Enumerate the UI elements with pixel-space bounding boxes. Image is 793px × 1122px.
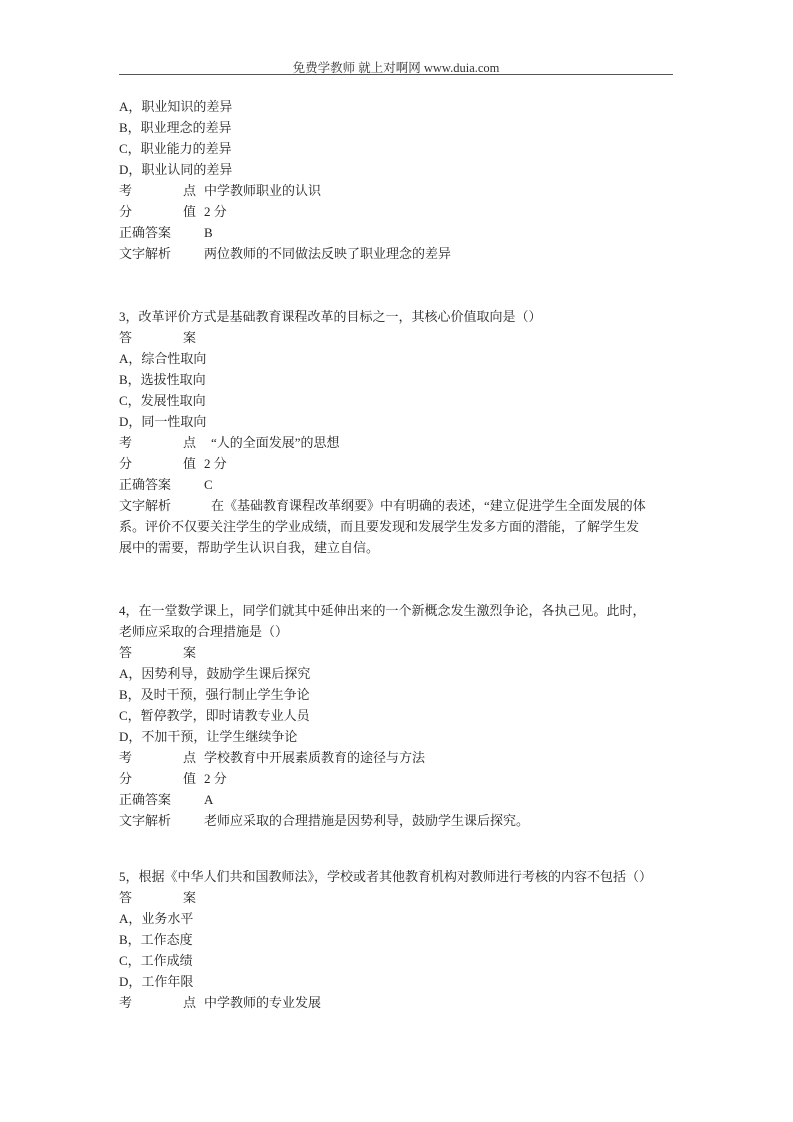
label-answer-1: 答 — [119, 642, 183, 663]
label-correct: 正确答案 — [119, 789, 204, 810]
q5-answer-label-row: 答案 — [119, 887, 196, 908]
q3-analysis-line2: 系。评价不仅要关注学生的学业成绩，而且要发现和发展学生发多方面的潜能，了解学生发 — [119, 516, 639, 537]
q5-question: 5，根据《中华人们共和国教师法》，学校或者其他教育机构对教师进行考核的内容不包括… — [119, 866, 652, 887]
label-score-1: 分 — [119, 201, 183, 222]
q4-question-line2: 老师应采取的合理措施是（） — [119, 621, 288, 642]
q3-correct: C — [204, 474, 213, 495]
q5-option-a: A，业务水平 — [119, 908, 193, 929]
header-divider — [119, 74, 673, 75]
label-point-1: 考 — [119, 432, 183, 453]
label-point-1: 考 — [119, 992, 183, 1013]
label-point-2: 点 — [183, 432, 211, 453]
q2-score-row: 分值2 分 — [119, 201, 227, 222]
q4-option-d: D，不加干预，让学生继续争论 — [119, 726, 297, 747]
label-answer-2: 案 — [183, 645, 196, 660]
label-score-1: 分 — [119, 453, 183, 474]
label-answer-1: 答 — [119, 887, 183, 908]
q3-option-a: A，综合性取向 — [119, 348, 206, 369]
q3-correct-row: 正确答案C — [119, 474, 213, 495]
q2-option-b: B，职业理念的差异 — [119, 117, 232, 138]
q3-point-row: 考点“人的全面发展”的思想 — [119, 432, 340, 453]
label-point-2: 点 — [183, 747, 204, 768]
q5-option-c: C，工作成绩 — [119, 950, 193, 971]
label-analysis: 文字解析 — [119, 810, 204, 831]
q2-score: 2 分 — [204, 201, 227, 222]
label-answer-2: 案 — [183, 330, 196, 345]
q4-point-row: 考点学校教育中开展素质教育的途径与方法 — [119, 747, 425, 768]
q2-point-row: 考点中学教师职业的认识 — [119, 180, 321, 201]
label-score-1: 分 — [119, 768, 183, 789]
q3-answer-label-row: 答案 — [119, 327, 196, 348]
q5-option-d: D，工作年限 — [119, 971, 193, 992]
label-point-2: 点 — [183, 992, 204, 1013]
q2-option-c: C，职业能力的差异 — [119, 138, 232, 159]
q5-option-b: B，工作态度 — [119, 929, 193, 950]
q4-correct: A — [204, 789, 213, 810]
label-point-2: 点 — [183, 180, 204, 201]
q3-option-c: C，发展性取向 — [119, 390, 206, 411]
q3-analysis-row: 文字解析在《基础教育课程改革纲要》中有明确的表述，“建立促进学生全面发展的体 — [119, 495, 646, 516]
q2-option-d: D，职业认同的差异 — [119, 159, 232, 180]
label-analysis: 文字解析 — [119, 495, 211, 516]
label-correct: 正确答案 — [119, 474, 204, 495]
q3-point: “人的全面发展”的思想 — [211, 432, 340, 453]
q2-correct-row: 正确答案B — [119, 222, 213, 243]
label-score-2: 值 — [183, 201, 204, 222]
label-point-1: 考 — [119, 180, 183, 201]
q4-analysis-row: 文字解析老师应采取的合理措施是因势利导，鼓励学生课后探究。 — [119, 810, 529, 831]
q4-correct-row: 正确答案A — [119, 789, 213, 810]
q2-option-a: A，职业知识的差异 — [119, 96, 232, 117]
q2-point: 中学教师职业的认识 — [204, 180, 321, 201]
q3-analysis-line3: 展中的需要，帮助学生认识自我，建立自信。 — [119, 537, 379, 558]
q4-score: 2 分 — [204, 768, 227, 789]
label-answer-2: 案 — [183, 890, 196, 905]
q3-analysis-line1: 在《基础教育课程改革纲要》中有明确的表述，“建立促进学生全面发展的体 — [211, 495, 646, 516]
q2-correct: B — [204, 222, 213, 243]
label-score-2: 值 — [183, 453, 204, 474]
label-point-1: 考 — [119, 747, 183, 768]
label-answer-1: 答 — [119, 327, 183, 348]
q3-score: 2 分 — [204, 453, 227, 474]
q4-option-c: C，暂停教学，即时请教专业人员 — [119, 705, 310, 726]
q3-question: 3，改革评价方式是基础教育课程改革的目标之一，其核心价值取向是（） — [119, 306, 542, 327]
q4-analysis: 老师应采取的合理措施是因势利导，鼓励学生课后探究。 — [204, 810, 529, 831]
q4-point: 学校教育中开展素质教育的途径与方法 — [204, 747, 425, 768]
label-analysis: 文字解析 — [119, 243, 204, 264]
label-score-2: 值 — [183, 768, 204, 789]
q2-analysis: 两位教师的不同做法反映了职业理念的差异 — [204, 243, 451, 264]
label-correct: 正确答案 — [119, 222, 204, 243]
q4-option-a: A，因势利导，鼓励学生课后探究 — [119, 663, 310, 684]
q5-point-row: 考点中学教师的专业发展 — [119, 992, 321, 1013]
q3-score-row: 分值2 分 — [119, 453, 227, 474]
q2-analysis-row: 文字解析两位教师的不同做法反映了职业理念的差异 — [119, 243, 451, 264]
q4-option-b: B，及时干预，强行制止学生争论 — [119, 684, 310, 705]
q4-question-line1: 4，在一堂数学课上，同学们就其中延伸出来的一个新概念发生激烈争论，各执己见。此时… — [119, 600, 646, 621]
q4-answer-label-row: 答案 — [119, 642, 196, 663]
q3-option-b: B，选拔性取向 — [119, 369, 206, 390]
q5-point: 中学教师的专业发展 — [204, 992, 321, 1013]
q3-option-d: D，同一性取向 — [119, 411, 206, 432]
q4-score-row: 分值2 分 — [119, 768, 227, 789]
